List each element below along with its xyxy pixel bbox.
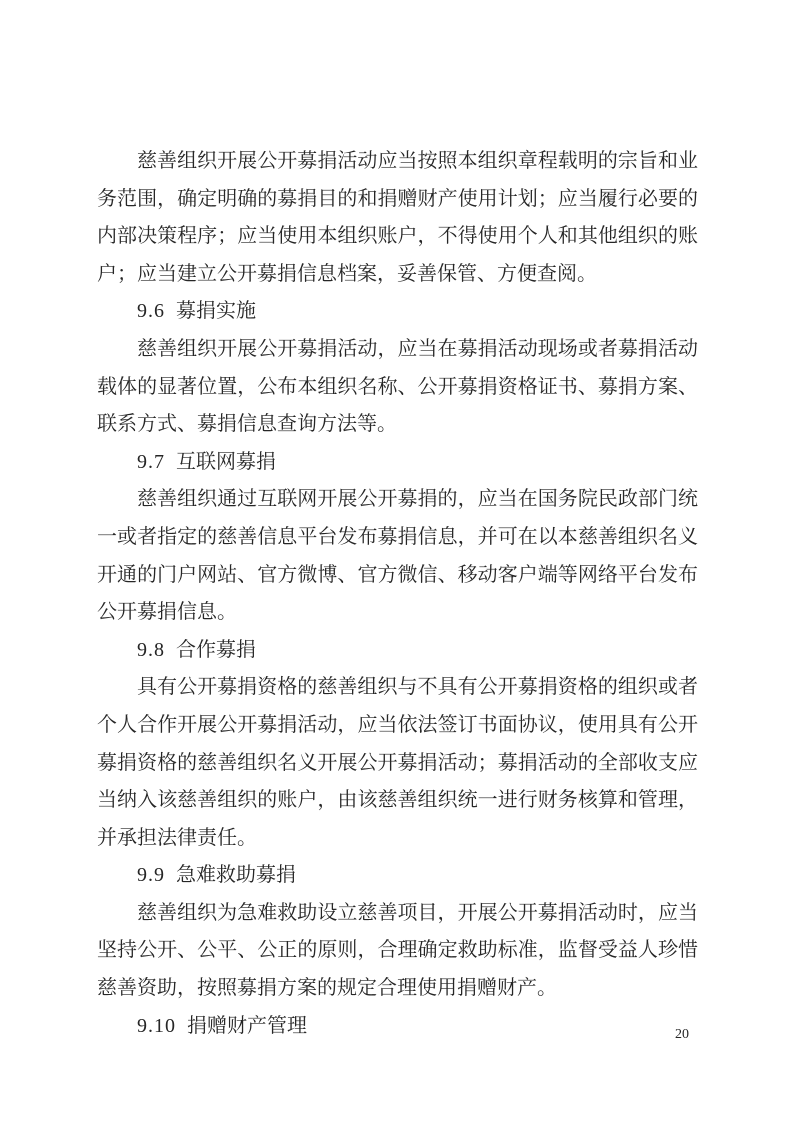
section-number: 9.8 <box>137 639 165 661</box>
paragraph: 慈善组织为急难救助设立慈善项目，开展公开募捐活动时，应当坚持公开、公平、公正的原… <box>97 895 698 1008</box>
section-number: 9.10 <box>137 1015 176 1037</box>
section-title: 合作募捐 <box>176 639 256 661</box>
page-number: 20 <box>675 1026 689 1044</box>
section-heading-9-7: 9.7互联网募捐 <box>97 444 698 482</box>
paragraph: 具有公开募捐资格的慈善组织与不具有公开募捐资格的组织或者个人合作开展公开募捐活动… <box>97 669 698 857</box>
section-title: 急难救助募捐 <box>176 864 296 886</box>
paragraph: 慈善组织通过互联网开展公开募捐的，应当在国务院民政部门统一或者指定的慈善信息平台… <box>97 481 698 631</box>
section-number: 9.9 <box>137 864 165 886</box>
paragraph: 慈善组织开展公开募捐活动，应当在募捐活动现场或者募捐活动载体的显著位置，公布本组… <box>97 331 698 444</box>
section-heading-9-6: 9.6募捐实施 <box>97 293 698 331</box>
section-number: 9.6 <box>137 300 165 322</box>
document-page: 慈善组织开展公开募捐活动应当按照本组织章程载明的宗旨和业务范围，确定明确的募捐目… <box>0 0 793 1122</box>
section-title: 互联网募捐 <box>176 451 276 473</box>
section-heading-9-9: 9.9急难救助募捐 <box>97 857 698 895</box>
section-number: 9.7 <box>137 451 165 473</box>
section-title: 募捐实施 <box>176 300 256 322</box>
paragraph: 慈善组织开展公开募捐活动应当按照本组织章程载明的宗旨和业务范围，确定明确的募捐目… <box>97 143 698 293</box>
section-heading-9-10: 9.10捐赠财产管理 <box>97 1008 698 1046</box>
section-title: 捐赠财产管理 <box>187 1015 307 1037</box>
section-heading-9-8: 9.8合作募捐 <box>97 632 698 670</box>
document-content: 慈善组织开展公开募捐活动应当按照本组织章程载明的宗旨和业务范围，确定明确的募捐目… <box>97 143 698 1045</box>
